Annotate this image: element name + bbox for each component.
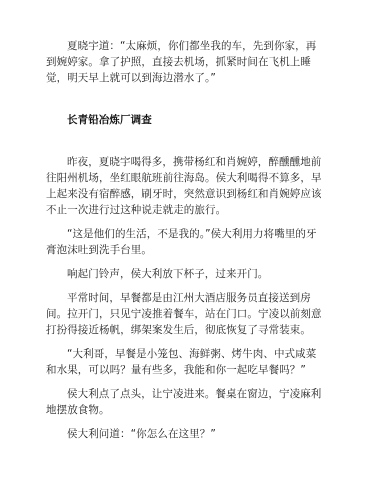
paragraph-intro: 夏晓宇道：“太麻烦，你们都坐我的车，先到你家，再到婉婷家。拿了护照，直接去机场，… xyxy=(46,38,326,86)
paragraph-gap xyxy=(46,418,326,426)
paragraph-gap xyxy=(46,258,326,266)
paragraph: “大利哥，早餐是小笼包、海鲜粥、烤牛肉、中式咸菜和水果，可以吗？量有些多，我能和… xyxy=(46,346,326,378)
paragraph: “这是他们的生活，不是我的。”侯大利用力将嘴里的牙膏泡沫吐到洗手台里。 xyxy=(46,226,326,258)
paragraph: 响起门铃声，侯大利放下杯子，过来开门。 xyxy=(46,266,326,282)
paragraph-gap xyxy=(46,282,326,290)
paragraph: 侯大利点了点头，让宁凌进来。餐桌在窗边，宁凌麻利地摆放食物。 xyxy=(46,386,326,418)
paragraph: 侯大利问道：“你怎么在这里？” xyxy=(46,426,326,442)
section-title: 长青铅冶炼厂调查 xyxy=(46,112,326,128)
paragraph-gap xyxy=(46,218,326,226)
paragraph: 昨夜，夏晓宇喝得多，携带杨红和肖婉婷，醉醺醺地前往阳州机场，坐红眼航班前往海岛。… xyxy=(46,154,326,218)
paragraph: 平常时间，早餐都是由江州大酒店服务员直接送到房间。拉开门，只见宁凌推着餐车，站在… xyxy=(46,290,326,338)
document-page: 夏晓宇道：“太麻烦，你们都坐我的车，先到你家，再到婉婷家。拿了护照，直接去机场，… xyxy=(46,38,326,442)
paragraph-gap xyxy=(46,378,326,386)
paragraph-gap xyxy=(46,338,326,346)
